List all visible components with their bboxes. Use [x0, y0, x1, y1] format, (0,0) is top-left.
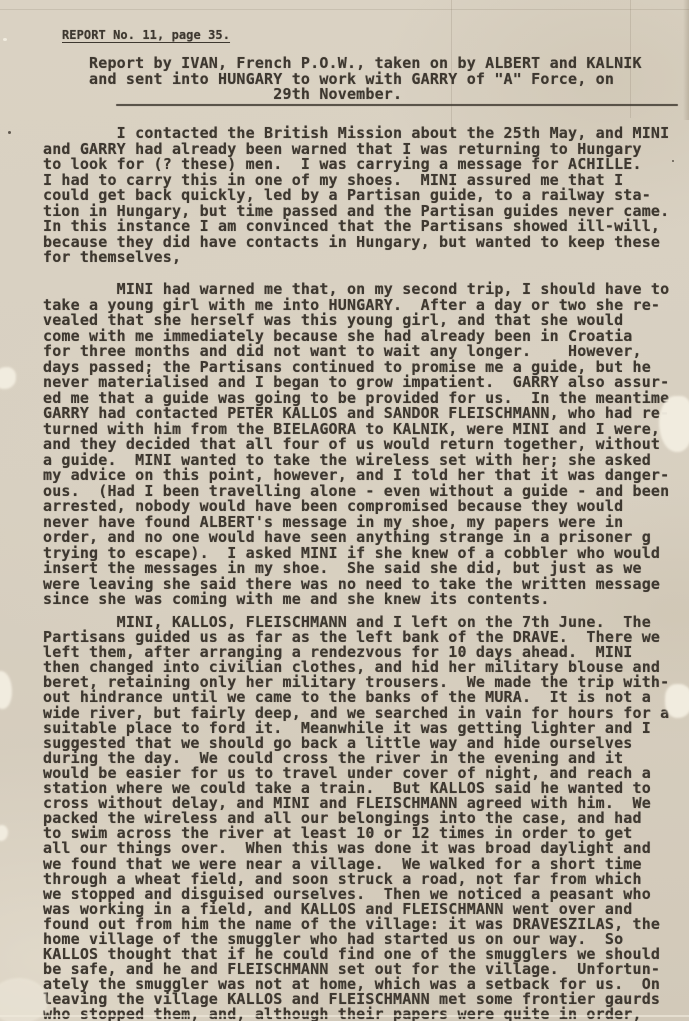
ink-speck: [8, 131, 11, 134]
paper-tear-mark: [0, 825, 8, 841]
report-subject-title: Report by IVAN, French P.O.W., taken on …: [43, 56, 642, 103]
paper-tear-mark: [665, 684, 689, 718]
paper-speck: [3, 38, 7, 41]
paragraph-journey-7th-june: MINI, KALLOS, FLEISCHMANN and I left on …: [43, 615, 669, 1021]
paragraph-contact-british-mission: I contacted the British Mission about th…: [43, 126, 669, 266]
scan-bottom-scratch: [0, 1015, 689, 1017]
paragraph-mini-warning-second-trip: MINI had warned me that, on my second tr…: [43, 282, 669, 608]
subject-underline-rule: [116, 104, 678, 106]
paper-tear-mark: [659, 396, 689, 452]
paper-tear-mark: [0, 671, 12, 709]
page-edge-shadow: [683, 0, 689, 120]
paper-tear-mark: [0, 367, 16, 389]
ink-speck: [672, 160, 674, 162]
scanned-report-page: REPORT No. 11, page 35. Report by IVAN, …: [0, 0, 689, 1021]
report-heading: REPORT No. 11, page 35.: [62, 28, 230, 42]
scan-crease-line: [0, 9, 689, 10]
